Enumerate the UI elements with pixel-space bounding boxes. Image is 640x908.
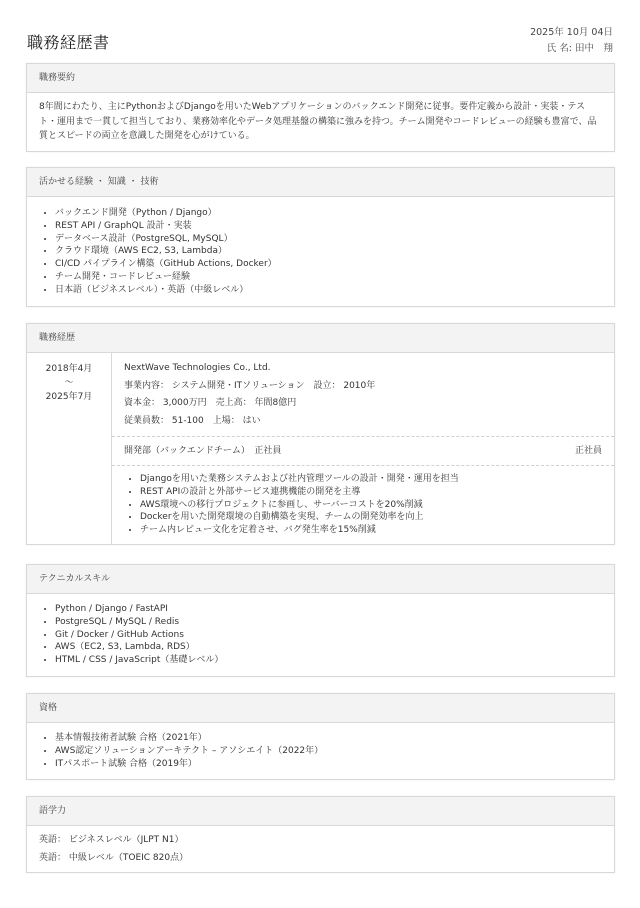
list-item: 基本情報技術者試験 合格（2021年） [55, 732, 602, 745]
skills-experience-list: バックエンド開発（Python / Django） REST API / Gra… [39, 207, 602, 297]
department-name: 開発部（バックエンドチーム） 正社員 [124, 437, 281, 465]
employment-type: 正社員 [575, 437, 602, 465]
section-heading: 資格 [27, 694, 614, 723]
section-heading: 職務要約 [27, 64, 614, 93]
list-item: Dockerを用いた開発環境の自動構築を実現、チームの開発効率を向上 [140, 511, 602, 524]
certifications-list: 基本情報技術者試験 合格（2021年） AWS認定ソリューションアーキテクト –… [39, 732, 602, 770]
name-label: 氏 名: [547, 43, 572, 54]
technical-skills-list: Python / Django / FastAPI PostgreSQL / M… [39, 603, 602, 667]
list-item: ITパスポート試験 合格（2019年） [55, 758, 602, 771]
list-item: チーム開発・コードレビュー経験 [55, 271, 602, 284]
section-heading: 職務経歴 [27, 324, 614, 353]
list-item: バックエンド開発（Python / Django） [55, 207, 602, 220]
career-section: 職務経歴 2018年4月 〜 2025年7月 NextWave Technolo… [26, 323, 615, 545]
company-business: 事業内容： システム開発・ITソリューション 設立： 2010年 [124, 378, 602, 396]
company-name: NextWave Technologies Co., Ltd. [124, 360, 602, 378]
duties-list: Djangoを用いた業務システムおよび社内管理ツールの設計・開発・運用を担当 R… [124, 473, 602, 537]
certifications-section: 資格 基本情報技術者試験 合格（2021年） AWS認定ソリューションアーキテク… [26, 693, 615, 780]
list-item: データベース設計（PostgreSQL, MySQL） [55, 233, 602, 246]
summary-text: 8年間にわたり、主にPythonおよびDjangoを用いたWebアプリケーション… [27, 93, 614, 151]
career-detail: NextWave Technologies Co., Ltd. 事業内容： シス… [112, 353, 614, 544]
name-line: 氏 名: 田中 翔 [530, 41, 613, 57]
list-item: REST APIの設計と外部サービス連携機能の開発を主導 [140, 486, 602, 499]
list-item: PostgreSQL / MySQL / Redis [55, 616, 602, 629]
technical-skills-section: テクニカルスキル Python / Django / FastAPI Postg… [26, 564, 615, 677]
section-heading: 活かせる経験 ・ 知識 ・ 技術 [27, 168, 614, 197]
company-info: NextWave Technologies Co., Ltd. 事業内容： シス… [112, 353, 614, 436]
languages-section: 語学力 英語： ビジネスレベル（JLPT N1） 英語： 中級レベル（TOEIC… [26, 796, 615, 873]
career-entry: 2018年4月 〜 2025年7月 NextWave Technologies … [27, 353, 614, 544]
list-item: Git / Docker / GitHub Actions [55, 629, 602, 642]
language-item: 英語： 中級レベル（TOEIC 820点） [39, 850, 602, 868]
applicant-name: 田中 翔 [575, 43, 613, 54]
skills-experience-section: 活かせる経験 ・ 知識 ・ 技術 バックエンド開発（Python / Djang… [26, 167, 615, 307]
list-item: 日本語（ビジネスレベル）・英語（中級レベル） [55, 284, 602, 297]
list-item: AWS環境への移行プロジェクトに参画し、サーバーコストを20%削減 [140, 499, 602, 512]
page-title: 職務経歴書 [27, 30, 110, 53]
summary-section: 職務要約 8年間にわたり、主にPythonおよびDjangoを用いたWebアプリ… [26, 63, 615, 152]
period-start: 2018年4月 [27, 362, 111, 376]
header-meta: 2025年 10月 04日 氏 名: 田中 翔 [530, 25, 613, 57]
list-item: CI/CD パイプライン構築（GitHub Actions, Docker） [55, 258, 602, 271]
company-employees: 従業員数： 51-100 上場： はい [124, 413, 602, 431]
career-period: 2018年4月 〜 2025年7月 [27, 353, 112, 544]
list-item: Djangoを用いた業務システムおよび社内管理ツールの設計・開発・運用を担当 [140, 473, 602, 486]
department-row: 開発部（バックエンドチーム） 正社員 正社員 [112, 436, 614, 466]
document-date: 2025年 10月 04日 [530, 25, 613, 41]
list-item: AWS認定ソリューションアーキテクト – アソシエイト（2022年） [55, 745, 602, 758]
section-heading: 語学力 [27, 797, 614, 826]
list-item: クラウド環境（AWS EC2, S3, Lambda） [55, 245, 602, 258]
language-item: 英語： ビジネスレベル（JLPT N1） [39, 832, 602, 850]
list-item: Python / Django / FastAPI [55, 603, 602, 616]
company-capital: 資本金： 3,000万円 売上高： 年間8億円 [124, 395, 602, 413]
section-heading: テクニカルスキル [27, 565, 614, 594]
list-item: REST API / GraphQL 設計・実装 [55, 220, 602, 233]
list-item: AWS（EC2, S3, Lambda, RDS） [55, 641, 602, 654]
list-item: HTML / CSS / JavaScript（基礎レベル） [55, 654, 602, 667]
period-separator: 〜 [27, 376, 111, 390]
period-end: 2025年7月 [27, 390, 111, 404]
list-item: チーム内レビュー文化を定着させ、バグ発生率を15%削減 [140, 524, 602, 537]
